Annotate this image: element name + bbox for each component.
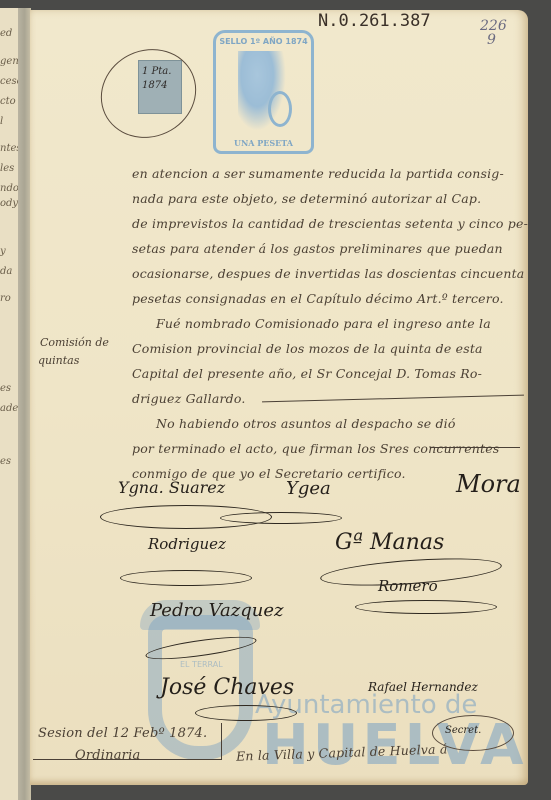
- left-page-text: es: [0, 456, 18, 467]
- left-page-text: gen: [0, 56, 18, 67]
- session-note-line2: Ordinaria: [75, 748, 140, 763]
- serial-number: N.0.261.387: [318, 11, 431, 31]
- signature: Ygea: [286, 478, 331, 499]
- stamp-bottom-text: UNA PESETA: [216, 138, 311, 148]
- signature-flourish: [355, 600, 497, 614]
- signature-flourish: [220, 512, 342, 524]
- body-line: nada para este objeto, se determinó auto…: [132, 191, 481, 206]
- shield-oval-icon: [268, 91, 292, 127]
- left-page-text: y: [0, 246, 18, 257]
- body-line: pesetas consignadas en el Capítulo décim…: [132, 291, 504, 306]
- signature: José Chaves: [160, 675, 294, 700]
- left-page-text: ntes: [0, 143, 18, 154]
- left-page-text: ro: [0, 293, 18, 304]
- signature: Rafael Hernandez: [368, 680, 478, 694]
- left-page-text: ndo: [0, 183, 18, 194]
- signature: Ygna. Suarez: [118, 478, 225, 497]
- body-line: Fué nombrado Comisionado para el ingreso…: [156, 316, 491, 331]
- signature-flourish: [195, 705, 297, 721]
- left-page-text: da: [0, 266, 18, 277]
- left-page-text: l: [0, 116, 18, 127]
- margin-note-line1: Comisión de: [40, 336, 109, 349]
- watermark-shield-text: EL TERRAL: [180, 660, 223, 669]
- body-line: Comision provincial de los mozos de la q…: [132, 341, 483, 356]
- left-page-text: ody: [0, 198, 18, 209]
- left-page-text: ceso: [0, 76, 18, 87]
- body-line: de imprevistos la cantidad de trescienta…: [132, 216, 528, 231]
- left-page-text: cto: [0, 96, 18, 107]
- session-note-line1: Sesion del 12 Febº 1874.: [38, 726, 207, 741]
- revenue-stamp: SELLO 1º AÑO 1874 UNA PESETA: [213, 30, 314, 154]
- body-line: por terminado el acto, que firman los Sr…: [132, 441, 500, 456]
- body-line: en atencion a ser sumamente reducida la …: [132, 166, 504, 181]
- signature: Rodriguez: [148, 535, 226, 553]
- left-page-edge: ed gen ceso cto l ntes les ndo ody y da …: [0, 8, 20, 800]
- left-page-text: es: [0, 383, 18, 394]
- body-line: setas para atender á los gastos prelimin…: [132, 241, 503, 256]
- left-page-text: les: [0, 163, 18, 174]
- left-page-text: ade: [0, 403, 18, 414]
- body-line: Capital del presente año, el Sr Concejal…: [132, 366, 482, 381]
- body-line: driguez Gallardo.: [132, 391, 246, 406]
- signature: Gª Manas: [335, 530, 444, 555]
- body-line: No habiendo otros asuntos al despacho se…: [156, 416, 456, 431]
- folio-number-secondary: 9: [487, 32, 496, 48]
- body-line: ocasionarse, despues de invertidas las d…: [132, 266, 524, 281]
- margin-note-line2: quintas: [38, 354, 79, 367]
- signature: Pedro Vazquez: [150, 600, 283, 621]
- stamp-top-text: SELLO 1º AÑO 1874: [216, 37, 311, 46]
- signature: Mora: [456, 470, 521, 498]
- left-page-text: ed: [0, 28, 18, 39]
- signature-flourish: [120, 570, 252, 586]
- line-filler-rule: [430, 447, 520, 448]
